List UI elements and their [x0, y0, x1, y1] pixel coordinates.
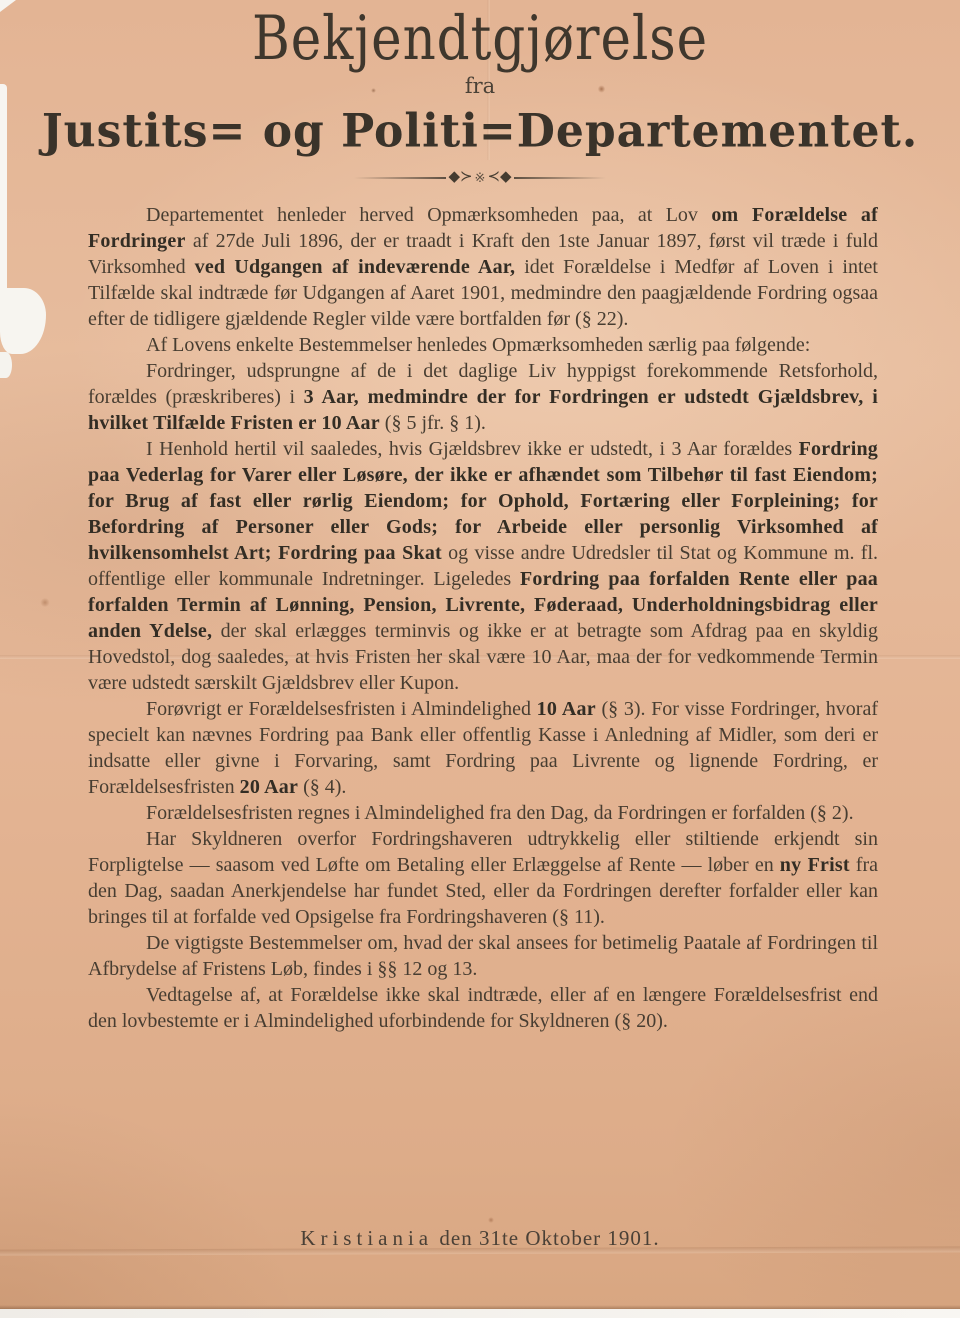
divider-rule-left: [354, 177, 446, 179]
ornamental-divider: ◆≻ ※ ≺◆: [0, 170, 960, 185]
paragraph: Vedtagelse af, at Forældelse ikke skal i…: [88, 982, 878, 1034]
paragraph: Af Lovens enkelte Bestemmelser henledes …: [88, 332, 878, 358]
dateline-date: den 31te Oktober 1901.: [433, 1226, 660, 1250]
text-segment: Forøvrigt er Forældelsesfristen i Almind…: [146, 698, 537, 720]
document-title: Bekjendtgjørelse: [38, 6, 921, 73]
scan-edge: [0, 1309, 960, 1318]
divider-arrow-right-icon: ≺◆: [487, 170, 511, 185]
bold-text-segment: 20 Aar: [240, 776, 298, 798]
paper-tear: [0, 288, 46, 354]
text-segment: Vedtagelse af, at Forældelse ikke skal i…: [88, 984, 878, 1032]
paper-tear: [0, 352, 12, 378]
divider-arrow-left-icon: ◆≻: [448, 170, 472, 185]
paragraph: Departementet henleder herved Opmærksomh…: [88, 202, 878, 332]
divider-center-icon: ※: [475, 170, 486, 185]
text-segment: Af Lovens enkelte Bestemmelser henledes …: [146, 334, 810, 356]
masthead: Bekjendtgjørelse fra Justits= og Politi=…: [0, 6, 960, 185]
text-segment: I Henhold hertil vil saaledes, hvis Gjæl…: [146, 438, 799, 460]
paragraph: Fordringer, udsprungne af de i det dagli…: [88, 358, 878, 436]
paragraph: Forøvrigt er Forældelsesfristen i Almind…: [88, 696, 878, 800]
bold-text-segment: ved Udgangen af indeværende Aar,: [195, 256, 516, 278]
paragraph: Har Skyldneren overfor Fordringshaveren …: [88, 826, 878, 930]
document-subtitle: fra: [0, 74, 960, 98]
text-segment: Forældelsesfristen regnes i Almindelighe…: [146, 802, 854, 824]
paper-stain: [40, 598, 50, 607]
dateline: Kristiania den 31te Oktober 1901.: [0, 1226, 960, 1251]
paper-stain: [488, 1217, 494, 1223]
paragraph: Forældelsesfristen regnes i Almindelighe…: [88, 800, 878, 826]
text-segment: (§ 5 jfr. § 1).: [380, 412, 486, 434]
text-segment: De vigtigste Bestemmelser om, hvad der s…: [88, 932, 878, 980]
text-segment: (§ 4).: [298, 776, 346, 798]
text-segment: Departementet henleder herved Opmærksomh…: [146, 204, 711, 226]
paragraph: I Henhold hertil vil saaledes, hvis Gjæl…: [88, 436, 878, 696]
bold-text-segment: ny Frist: [780, 854, 850, 876]
document-body: Departementet henleder herved Opmærksomh…: [88, 202, 878, 1034]
scanned-document-page: Bekjendtgjørelse fra Justits= og Politi=…: [0, 0, 960, 1318]
bold-text-segment: 10 Aar: [537, 698, 596, 720]
issuing-department: Justits= og Politi=Departementet.: [0, 106, 960, 158]
text-segment: Har Skyldneren overfor Fordringshaveren …: [88, 828, 878, 876]
dateline-city: Kristiania: [300, 1226, 433, 1250]
divider-rule-right: [514, 177, 606, 179]
paragraph: De vigtigste Bestemmelser om, hvad der s…: [88, 930, 878, 982]
